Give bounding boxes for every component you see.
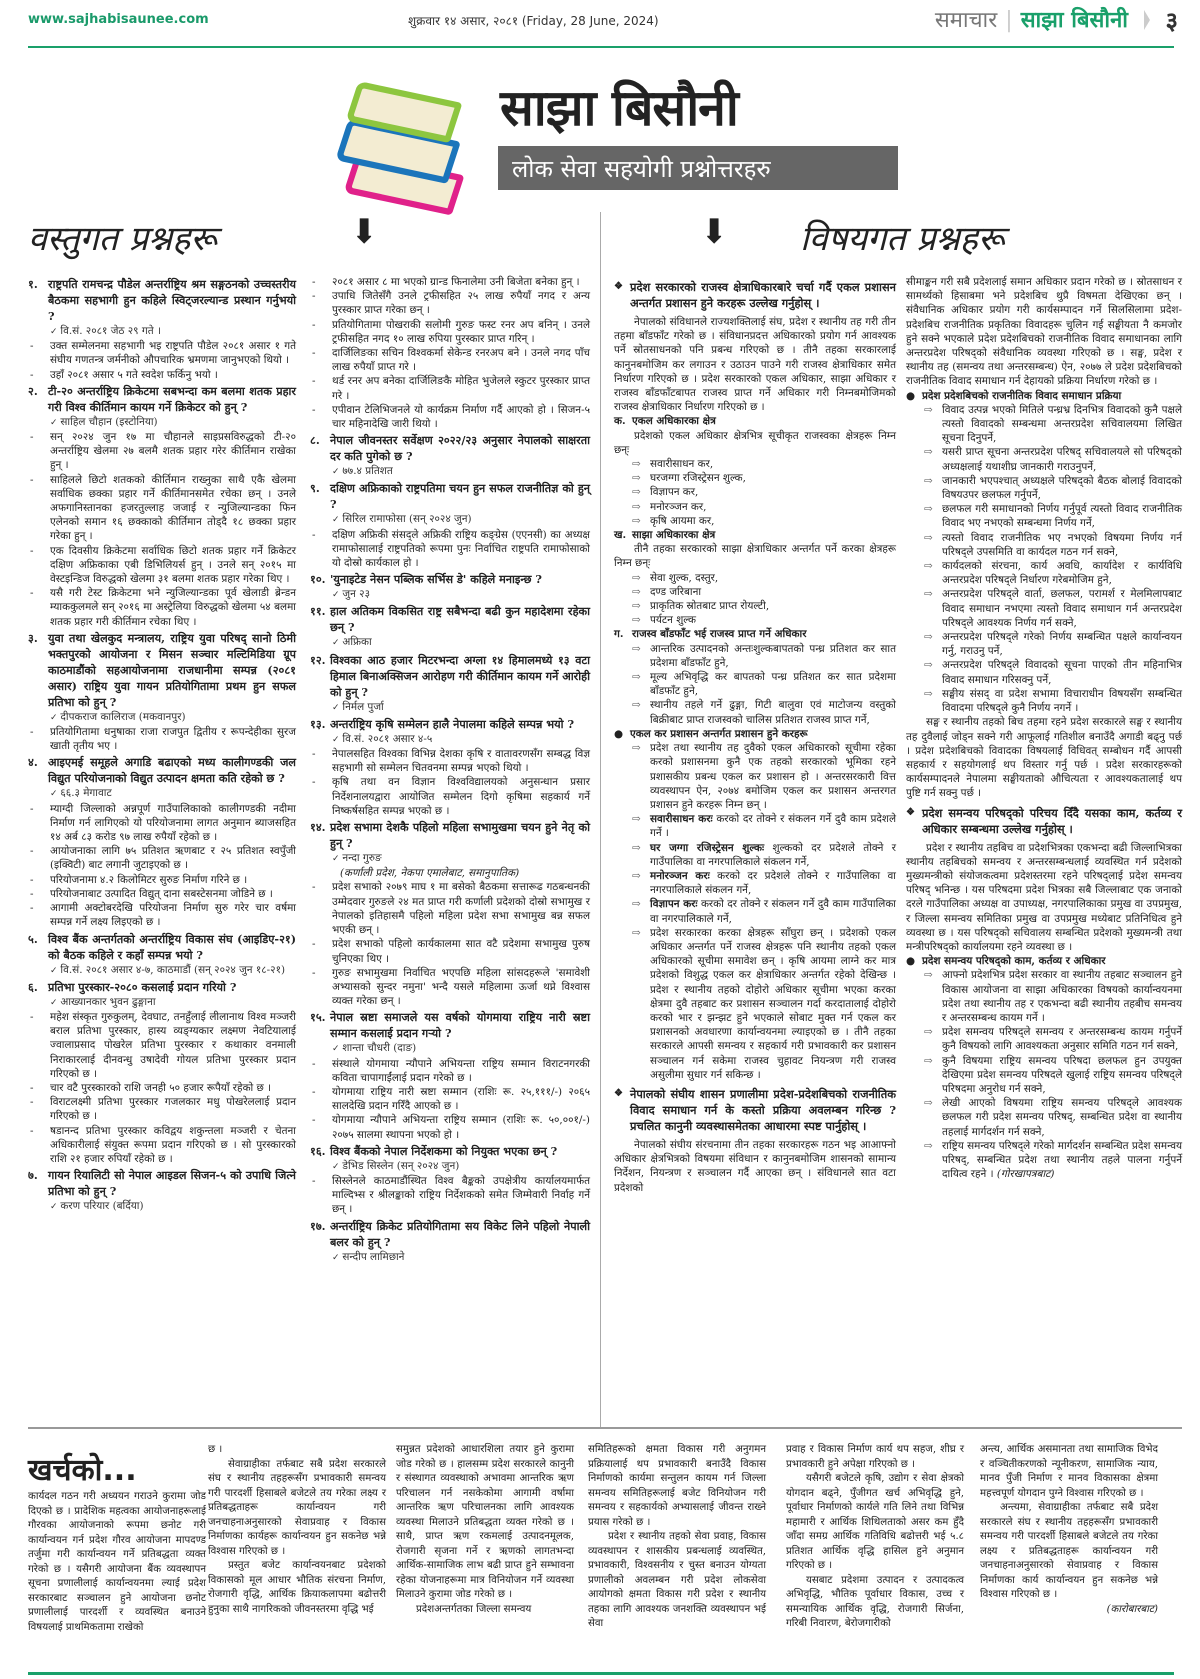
arrow-item-text: प्रदेश सरकारका करका क्षेत्रहरू साँघुरा छ…	[650, 926, 896, 1082]
answer: दीपकराज कालिराज (मकवानपुर)	[28, 710, 296, 725]
dash-icon: -	[28, 586, 50, 629]
arrow-item-text: स्थानीय तहले गर्ने ढुङ्गा, गिटी बालुवा ए…	[650, 698, 896, 726]
question-number: ५.	[28, 931, 48, 963]
question: ११.हाल अतिकम विकसित राष्ट्र सबैभन्दा बढी…	[310, 603, 590, 635]
paragraph: प्रदेशअन्तर्गतका जिल्ला समन्वय	[396, 1603, 574, 1618]
note-item: -दक्षिण अफ्रिकी संसद्ले अफ्रिकी राष्ट्रि…	[310, 528, 590, 571]
dash-icon: -	[310, 275, 332, 289]
note-item: -थर्ड रनर अप बनेका दार्जिलिङकै मोहित भुज…	[310, 374, 590, 402]
section-label: समाचार|साझा बिसौनी	[935, 4, 1128, 34]
subjective-question: ❖प्रदेश सरकारको राजस्व क्षेत्राधिकारबारे…	[614, 279, 896, 311]
arrow-icon: ⇨	[632, 457, 650, 471]
arrow-icon: ⇨	[632, 670, 650, 698]
note-text: सन् २०२४ जुन १७ मा चौहानले साइप्रसविरुद्…	[50, 430, 296, 473]
dash-icon: -	[28, 368, 50, 382]
column-divider	[600, 212, 601, 1427]
paragraph: प्रस्तुत बजेट कार्यान्वयनबाट प्रदेशको वि…	[208, 1559, 386, 1617]
arrow-item-text: लेखी आएको विषयमा राष्ट्रिय समन्वय परिषद्…	[942, 1096, 1182, 1139]
note-text: उपाधि जितेसँगै उनले ट्रफीसहित २५ लाख रुप…	[332, 289, 590, 317]
arrow-item: ⇨घर जग्गा रजिस्ट्रेसन शुल्कः शुल्कको दर …	[614, 841, 896, 869]
dash-icon: -	[28, 544, 50, 587]
note-item: -उहाँ २०८१ असार ५ गते स्वदेश फर्किनु भयो…	[28, 368, 296, 382]
note-text: उहाँ २०८१ असार ५ गते स्वदेश फर्किनु भयो …	[50, 368, 218, 382]
question-text: अन्तर्राष्ट्रिय क्रिकेट प्रतियोगितामा सय…	[330, 1218, 590, 1250]
note-item: -सन् २०२४ जुन १७ मा चौहानले साइप्रसविरुद…	[28, 430, 296, 473]
question: १०.'युनाइटेड नेसन पब्लिक सर्भिस डे' कहिल…	[310, 571, 590, 587]
subheading-text: राजस्व बाँडफाँट भई राजस्व प्राप्त गर्ने …	[632, 627, 806, 641]
arrow-item-text: सङ्घीय संसद् वा प्रदेश सभामा विचाराधीन व…	[942, 687, 1182, 715]
note-item: -महेश संस्कृत गुरुकुलम्, देवघाट, तनहुँला…	[28, 1010, 296, 1081]
note-item: -साहिलले छिटो शतकको कीर्तिमान राख्नुका स…	[28, 473, 296, 544]
subjective-column-2: सीमाङ्कन गरी सबै प्रदेशलाई समान अधिकार प…	[906, 275, 1182, 1181]
question: ३.युवा तथा खेलकुद मन्त्रालय, राष्ट्रिय य…	[28, 630, 296, 710]
item-label: सवारीसाधन करः	[650, 813, 713, 825]
paragraph: तीनै तहका सरकारको साझा क्षेत्राधिकार अन्…	[614, 542, 896, 570]
arrow-down-icon: ⬇	[700, 212, 729, 252]
arrow-item: ⇨विवाद उत्पन्न भएको मितिले पन्ध्रभ्र दिन…	[906, 403, 1182, 446]
arrow-icon: ⇨	[632, 571, 650, 585]
note-text: नेपालसहित विश्वका विभिन्न देशका कृषि र व…	[332, 747, 590, 775]
arrow-item-text: कार्यदलको संरचना, कार्य अवधि, कार्यादेश …	[942, 559, 1182, 587]
masthead-title: साझा बिसौनी	[500, 72, 738, 140]
question-number: २.	[28, 383, 48, 415]
note-text: संस्थाले योगमाया न्यौपाने अभियन्ता राष्ट…	[332, 1057, 590, 1085]
section-rule	[28, 1427, 1182, 1429]
arrow-item-text: मूल्य अभिवृद्धि कर बापतको पन्ध्र प्रतिशत…	[650, 670, 896, 698]
arrow-item-text: मनोरञ्जन कर,	[650, 500, 706, 514]
arrow-icon: ⇨	[924, 531, 942, 559]
note-item: -संस्थाले योगमाया न्यौपाने अभियन्ता राष्…	[310, 1057, 590, 1085]
section-category: समाचार	[935, 8, 997, 33]
question-number: ९.	[310, 480, 330, 512]
arrow-icon: ⇨	[924, 559, 942, 587]
question-text: दक्षिण अफ्रिकाको राष्ट्रपतिमा चयन हुन सफ…	[330, 480, 590, 512]
source-credit: (गोरखापत्रबाट)	[994, 1168, 1055, 1180]
note-text: विराटलक्ष्मी प्रतिभा पुरस्कार गजलकार मधु…	[50, 1095, 296, 1123]
arrow-item-text: दण्ड जरिबाना	[650, 585, 701, 599]
arrow-item-text: कुनै विषयमा राष्ट्रिय समन्वय परिषदा छलफल…	[942, 1054, 1182, 1097]
arrow-icon: ⇨	[632, 812, 650, 840]
question-number: १५.	[310, 1009, 330, 1041]
article-column: समितिहरूको क्षमता विकास गरी अनुगमन प्रक्…	[588, 1443, 766, 1632]
arrow-item-text: सेवा शुल्क, दस्तुर,	[650, 571, 718, 585]
answer: शान्ता चौधरी (दाङ)	[310, 1041, 590, 1056]
arrow-item: ⇨त्यस्तो विवाद राजनीतिक भए नभएको विषयमा …	[906, 531, 1182, 559]
bullet-heading: ●प्रदेश प्रदेशबिचको राजनीतिक विवाद समाधा…	[906, 389, 1182, 403]
dash-icon: -	[310, 1057, 332, 1085]
arrow-icon: ⇨	[632, 599, 650, 613]
note-text: म्याग्दी जिल्लाको अन्नपूर्ण गाउँपालिकाको…	[50, 802, 296, 845]
question: ७.गायन रियालिटी सो नेपाल आइडल सिजन-५ को …	[28, 1167, 296, 1199]
dash-icon: -	[310, 346, 332, 374]
article-column: अन्त्य, आर्थिक असमानता तथा सामाजिक विभेद…	[980, 1443, 1158, 1617]
dash-icon: -	[310, 747, 332, 775]
subjective-question: ❖नेपालको संघीय शासन प्रणालीमा प्रदेश-प्र…	[614, 1086, 896, 1134]
note-text: थर्ड रनर अप बनेका दार्जिलिङकै मोहित भुजे…	[332, 374, 590, 402]
note-text: योगमाया राष्ट्रिय नारी स्रष्टा सम्मान (र…	[332, 1085, 590, 1113]
arrow-item: ⇨प्रदेश समन्वय परिषद्ले समन्वय र अन्तरसम…	[906, 1025, 1182, 1053]
question-number: १.	[28, 276, 48, 324]
note-text: चार वटै पुरस्कारको राशि जनही ५० हजार रूप…	[50, 1081, 271, 1095]
arrow-item-text: आन्तरिक उत्पादनको अन्तःशुल्कबापतको पन्ध्…	[650, 642, 896, 670]
question: १५.नेपाल स्रष्टा समाजले यस वर्षको योगमाय…	[310, 1009, 590, 1041]
note-text: सिस्लेनले काठमाडौंस्थित विश्व बैङ्कको उप…	[332, 1174, 590, 1217]
objective-column-2: -२०८१ असार ८ मा भएको ग्रान्ड फिनालेमा उन…	[310, 275, 590, 1265]
dash-icon: -	[310, 318, 332, 346]
arrow-item-text: पर्यटन शुल्क	[650, 613, 696, 627]
note-text: योगमाया न्यौपाने अभियन्ता राष्ट्रिय सम्म…	[332, 1113, 590, 1141]
arrow-item: ⇨विज्ञापन कर,	[614, 485, 896, 499]
question-number: ७.	[28, 1167, 48, 1199]
question-text: नेपाल जीवनस्तर सर्वेक्षण २०२२/२३ अनुसार …	[330, 432, 590, 464]
subheading-text: साझा अधिकारका क्षेत्र	[632, 528, 715, 542]
answer: वि.सं. २०८१ जेठ २९ गते ।	[28, 324, 296, 339]
arrow-item-text: घरजग्गा रजिस्ट्रेसन शुल्क,	[650, 471, 746, 485]
objective-column-1: १.राष्ट्रपति रामचन्द्र पौडेल अन्तर्राष्ट…	[28, 275, 296, 1214]
arrow-icon: ⇨	[924, 502, 942, 530]
dash-icon: -	[310, 937, 332, 965]
dash-icon: -	[310, 374, 332, 402]
note-text: प्रदेश सभाको पहिलो कार्यकालमा सात वटै प्…	[332, 937, 590, 965]
paragraph: यसबाट प्रदेशमा उत्पादन र उत्पादकत्व अभिव…	[786, 1574, 964, 1632]
question: ५.विश्व बैंक अन्तर्गतको अन्तर्राष्ट्रिय …	[28, 931, 296, 963]
note-item: -परियोजनाबाट उत्पादित विद्युत् दाना सबस्…	[28, 887, 296, 901]
subheading: ख.साझा अधिकारका क्षेत्र	[614, 528, 896, 542]
arrow-item-text: सवारीसाधन कर,	[650, 457, 713, 471]
note-item: -योगमाया राष्ट्रिय नारी स्रष्टा सम्मान (…	[310, 1085, 590, 1113]
arrow-icon: ⇨	[924, 1054, 942, 1097]
arrow-icon: ⇨	[924, 658, 942, 686]
note-item: -दार्जिलिङका सचिन विश्वकर्मा सेकेन्ड रनर…	[310, 346, 590, 374]
dash-icon: -	[310, 1085, 332, 1113]
arrow-icon: ⇨	[924, 1096, 942, 1139]
note-text: २०८१ असार ८ मा भएको ग्रान्ड फिनालेमा उनी…	[332, 275, 580, 289]
dash-icon: -	[28, 887, 50, 901]
paragraph: प्रवाह र विकास निर्माण कार्य थप सहज, शीघ…	[786, 1443, 964, 1472]
note-text: महेश संस्कृत गुरुकुलम्, देवघाट, तनहुँलाई…	[50, 1010, 296, 1081]
note-item: -विराटलक्ष्मी प्रतिभा पुरस्कार गजलकार मध…	[28, 1095, 296, 1123]
question: १७.अन्तर्राष्ट्रिय क्रिकेट प्रतियोगितामा…	[310, 1218, 590, 1250]
arrow-item: ⇨विज्ञापन करः करको दर तोक्ने र संकलन गर्…	[614, 897, 896, 925]
question: १.राष्ट्रपति रामचन्द्र पौडेल अन्तर्राष्ट…	[28, 276, 296, 324]
arrow-item-text: मनोरञ्जन करः करको दर प्रदेशले तोक्ने र ग…	[650, 869, 896, 897]
arrow-item: ⇨सेवा शुल्क, दस्तुर,	[614, 571, 896, 585]
arrow-item-text: आफ्नो प्रदेशभित्र प्रदेश सरकार वा स्थानी…	[942, 968, 1182, 1025]
paragraph: सेवाग्राहीका तर्फबाट सबै प्रदेश सरकारले …	[208, 1458, 386, 1560]
note-item: -उक्त सम्मेलनमा सहभागी भइ राष्ट्रपति पौड…	[28, 339, 296, 367]
arrow-item: ⇨जानकारी भएपश्चात् अध्यक्षले परिषद्को बै…	[906, 474, 1182, 502]
question-number: ३.	[28, 630, 48, 710]
question-text: हाल अतिकम विकसित राष्ट्र सबैभन्दा बढी कु…	[330, 603, 590, 635]
question-text: प्रदेश समन्वय परिषद्को परिचय दिँदै यसका …	[922, 805, 1182, 837]
question-text: विश्व बैंक अन्तर्गतको अन्तर्राष्ट्रिय वि…	[48, 931, 296, 963]
note-text: परियोजनामा ४.२ किलोमिटर सुरुङ निर्माण गर…	[50, 873, 247, 887]
dash-icon: -	[28, 725, 50, 753]
diamond-bullet-icon: ❖	[906, 805, 922, 837]
source-credit: (कारोबारबाट)	[980, 1603, 1158, 1618]
arrow-item-text: सवारीसाधन करः करको दर तोक्ने र संकलन गर्…	[650, 812, 896, 840]
arrow-item-text: त्यस्तो विवाद राजनीतिक भए नभएको विषयमा न…	[942, 531, 1182, 559]
dash-icon: -	[28, 1081, 50, 1095]
paragraph: नेपालको संविधानले राज्यशक्तिलाई संघ, प्र…	[614, 315, 896, 414]
note-text: प्रतियोगितामा धनुषाका राजा राजपुत द्विती…	[50, 725, 296, 753]
dash-icon: -	[310, 966, 332, 1009]
arrow-item: ⇨कार्यदलको संरचना, कार्य अवधि, कार्यादेश…	[906, 559, 1182, 587]
arrow-item-text: राष्ट्रिय समन्वय परिषद्ले गरेको मार्गदर्…	[942, 1139, 1182, 1182]
arrow-icon: ⇨	[632, 471, 650, 485]
paragraph: समुन्नत प्रदेशको आधारशिला तयार हुने कुरा…	[396, 1443, 574, 1603]
note-text: आयोजनाका लागि ७५ प्रतिशत ऋणबाट र २५ प्रत…	[50, 844, 296, 872]
arrow-icon: ⇨	[632, 869, 650, 897]
question-text: प्रदेश सभामा देशकै पहिलो महिला सभामुखमा …	[330, 819, 590, 851]
note-item: -कृषि तथा वन विज्ञान विश्वविद्यालयको अनु…	[310, 775, 590, 818]
arrow-icon: ⇨	[632, 741, 650, 812]
paragraph: नेपालको संघीय संरचनामा तीन तहका सरकारहरू…	[614, 1138, 896, 1195]
dash-icon: -	[310, 403, 332, 431]
dash-icon: -	[28, 844, 50, 872]
dash-icon: -	[28, 339, 50, 367]
arrow-item: ⇨छलफल गरी समाधानको निर्णय गर्नुपूर्व त्य…	[906, 502, 1182, 530]
arrow-icon: ⇨	[632, 841, 650, 869]
arrow-item: ⇨आफ्नो प्रदेशभित्र प्रदेश सरकार वा स्थान…	[906, 968, 1182, 1025]
dash-icon: -	[310, 1174, 332, 1217]
dash-icon: -	[28, 473, 50, 544]
question-number: १४.	[310, 819, 330, 851]
masthead-subtitle: लोक सेवा सहयोगी प्रश्नोत्तरहरु	[498, 146, 898, 190]
arrow-item: ⇨सवारीसाधन कर,	[614, 457, 896, 471]
bullet-icon: ●	[614, 727, 630, 741]
paragraph: समितिहरूको क्षमता विकास गरी अनुगमन प्रक्…	[588, 1443, 766, 1530]
note-item: -षडानन्द प्रतिभा पुरस्कार कविद्वय शकुन्त…	[28, 1124, 296, 1167]
website-url[interactable]: www.sajhabisaunee.com	[28, 12, 209, 27]
arrow-icon: ⇨	[632, 926, 650, 1082]
bullet-heading-text: प्रदेश समन्वय परिषद्को काम, कर्तव्य र अध…	[922, 954, 1106, 968]
arrow-item: ⇨यसरी प्राप्त सूचना अन्तरप्रदेश परिषद् स…	[906, 445, 1182, 473]
arrow-icon: ⇨	[632, 698, 650, 726]
question: २.टी-२० अन्तर्राष्ट्रिय क्रिकेटमा सबभन्द…	[28, 383, 296, 415]
arrow-icon: ⇨	[924, 1025, 942, 1053]
note-item: -परियोजनामा ४.२ किलोमिटर सुरुङ निर्माण ग…	[28, 873, 296, 887]
arrow-item: ⇨प्रदेश तथा स्थानीय तह दुवैको एकल अधिकार…	[614, 741, 896, 812]
note-item: -आयोजनाका लागि ७५ प्रतिशत ऋणबाट र २५ प्र…	[28, 844, 296, 872]
subheading-label: ग.	[614, 627, 632, 641]
arrow-item: ⇨मनोरञ्जन करः करको दर प्रदेशले तोक्ने र …	[614, 869, 896, 897]
diamond-bullet-icon: ❖	[614, 1086, 630, 1134]
question-number: १२.	[310, 652, 330, 700]
masthead: साझा बिसौनी लोक सेवा सहयोगी प्रश्नोत्तरह…	[320, 72, 920, 212]
answer: नन्दा गुरुङ	[310, 851, 590, 866]
arrow-item: ⇨प्राकृतिक स्रोतबाट प्राप्त रोयल्टी,	[614, 599, 896, 613]
arrow-down-icon: ⬇	[350, 212, 379, 252]
paragraph: यसैगरी बजेटले कृषि, उद्योग र सेवा क्षेत्…	[786, 1472, 964, 1574]
arrow-item: ⇨कृषि आयमा कर,	[614, 514, 896, 528]
dash-icon: -	[310, 528, 332, 571]
arrow-item-text: कृषि आयमा कर,	[650, 514, 714, 528]
question-number: ४.	[28, 754, 48, 786]
arrow-icon: ⇨	[924, 630, 942, 658]
article-column: प्रवाह र विकास निर्माण कार्य थप सहज, शीघ…	[786, 1443, 964, 1632]
paragraph: सङ्घ र स्थानीय तहको बिच तहमा रहने प्रदेश…	[906, 715, 1182, 800]
arrow-icon: ⇨	[632, 514, 650, 528]
question-text: टी-२० अन्तर्राष्ट्रिय क्रिकेटमा सबभन्दा …	[48, 383, 296, 415]
question-text: प्रतिभा पुरस्कार-२०८० कसलाई प्रदान गरियो…	[48, 979, 236, 995]
question-text: प्रदेश सरकारको राजस्व क्षेत्राधिकारबारे …	[630, 279, 896, 311]
note-text: दक्षिण अफ्रिकी संसद्ले अफ्रिकी राष्ट्रिय…	[332, 528, 590, 571]
article-column: कार्यदल गठन गरी अध्ययन गराउने कुरामा जोड…	[28, 1490, 206, 1635]
subheading: ग.राजस्व बाँडफाँट भई राजस्व प्राप्त गर्न…	[614, 627, 896, 641]
note-item: -प्रतियोगितामा धनुषाका राजा राजपुत द्वित…	[28, 725, 296, 753]
subheading-label: ख.	[614, 528, 632, 542]
dash-icon: -	[28, 1010, 50, 1081]
arrow-item: ⇨सवारीसाधन करः करको दर तोक्ने र संकलन गर…	[614, 812, 896, 840]
answer: डेभिड सिस्लेन (सन् २०२४ जुन)	[310, 1159, 590, 1174]
arrow-item-text: अन्तरप्रदेश परिषद्ले गरेको निर्णय सम्बन्…	[942, 630, 1182, 658]
answer: वि.सं. २०८१ असार ४-५	[310, 732, 590, 747]
arrow-icon: ⇨	[924, 968, 942, 1025]
question: ४.आइएमई समूहले अगाडि बढाएको मध्य कालीगण्…	[28, 754, 296, 786]
arrow-icon: ⇨	[632, 500, 650, 514]
note-item: -चार वटै पुरस्कारको राशि जनही ५० हजार रू…	[28, 1081, 296, 1095]
note-text: उक्त सम्मेलनमा सहभागी भइ राष्ट्रपति पौडे…	[50, 339, 296, 367]
question-number: ८.	[310, 432, 330, 464]
bullet-icon: ●	[906, 389, 922, 403]
arrow-item: ⇨मूल्य अभिवृद्धि कर बापतको पन्ध्र प्रतिश…	[614, 670, 896, 698]
note-text: आगामी अक्टोबरदेखि परियोजना निर्माण सुरु …	[50, 901, 296, 929]
subjective-heading: विषयगत प्रश्नहरू	[800, 214, 1004, 260]
dash-icon: -	[310, 880, 332, 937]
note-text: दार्जिलिङका सचिन विश्वकर्मा सेकेन्ड रनरअ…	[332, 346, 590, 374]
bullet-heading-text: एकल कर प्रशासन अन्तर्गत प्रशासन हुने करह…	[630, 727, 808, 741]
arrow-item: ⇨अन्तरप्रदेश परिषद्ले विवादको सूचना पाएक…	[906, 658, 1182, 686]
note-text: परियोजनाबाट उत्पादित विद्युत् दाना सबस्ट…	[50, 887, 273, 901]
arrow-icon: ⇨	[924, 687, 942, 715]
answer: अफ्रिका	[310, 635, 590, 650]
issue-date: शुक्रवार १४ असार, २०८१ (Friday, 28 June,…	[408, 12, 659, 29]
question-text: आइएमई समूहले अगाडि बढाएको मध्य कालीगण्डक…	[48, 754, 296, 786]
arrow-item: ⇨अन्तरप्रदेश परिषद्ले वार्ता, छलफल, पराम…	[906, 587, 1182, 630]
arrow-icon: ⇨	[924, 587, 942, 630]
note-item: -आगामी अक्टोबरदेखि परियोजना निर्माण सुरु…	[28, 901, 296, 929]
arrow-item: ⇨मनोरञ्जन कर,	[614, 500, 896, 514]
question-text: अन्तर्राष्ट्रिय कृषि सम्मेलन हालै नेपालम…	[330, 716, 574, 732]
note-item: -गुरुङ सभामुखमा निर्वाचित भएपछि महिला सा…	[310, 966, 590, 1009]
arrow-icon: ⇨	[632, 897, 650, 925]
arrow-icon: ⇨	[924, 1139, 942, 1182]
question-text: नेपालको संघीय शासन प्रणालीमा प्रदेश-प्रद…	[630, 1086, 896, 1134]
note-item: -एपीवान टेलिभिजनले यो कार्यक्रम निर्माण …	[310, 403, 590, 431]
arrow-item: ⇨कुनै विषयमा राष्ट्रिय समन्वय परिषदा छलफ…	[906, 1054, 1182, 1097]
arrow-item-text: यसरी प्राप्त सूचना अन्तरप्रदेश परिषद् सच…	[942, 445, 1182, 473]
arrow-item-text: प्रदेश तथा स्थानीय तह दुवैको एकल अधिकारक…	[650, 741, 896, 812]
footer-rule	[28, 1672, 1174, 1675]
arrow-item-text: अन्तरप्रदेश परिषद्ले वार्ता, छलफल, परामर…	[942, 587, 1182, 630]
note-item: -नेपालसहित विश्वका विभिन्न देशका कृषि र …	[310, 747, 590, 775]
paragraph: छ ।	[208, 1443, 386, 1458]
dash-icon: -	[310, 775, 332, 818]
paragraph: कार्यदल गठन गरी अध्ययन गराउने कुरामा जोड…	[28, 1490, 206, 1635]
question-text: नेपाल स्रष्टा समाजले यस वर्षको योगमाया र…	[330, 1009, 590, 1041]
dash-icon: -	[28, 1095, 50, 1123]
question-text: 'युनाइटेड नेसन पब्लिक सर्भिस डे' कहिले म…	[330, 571, 542, 587]
answer: आख्यानकार भुवन ढुङ्गाना	[28, 995, 296, 1010]
note-text: एक दिवसीय क्रिकेटमा सर्वाधिक छिटो शतक प्…	[50, 544, 296, 587]
article-column: छ ।सेवाग्राहीका तर्फबाट सबै प्रदेश सरकार…	[208, 1443, 386, 1617]
note-text: षडानन्द प्रतिभा पुरस्कार कविद्वय शकुन्तल…	[50, 1124, 296, 1167]
question: १२.विश्वका आठ हजार मिटरभन्दा अग्ला १४ हि…	[310, 652, 590, 700]
arrow-icon: ⇨	[924, 403, 942, 446]
question-text: विश्व बैंकको नेपाल निर्देशकमा को नियुक्त…	[330, 1143, 557, 1159]
arrow-item: ⇨घरजग्गा रजिस्ट्रेसन शुल्क,	[614, 471, 896, 485]
answer: जुन २३	[310, 587, 590, 602]
answer: निर्मल पुर्जा	[310, 700, 590, 715]
answer-note: (कर्णाली प्रदेश, नेकपा एमालेबाट, समानुपा…	[310, 866, 590, 880]
arrow-item: ⇨स्थानीय तहले गर्ने ढुङ्गा, गिटी बालुवा …	[614, 698, 896, 726]
diamond-bullet-icon: ❖	[614, 279, 630, 311]
paragraph: अन्त्य, आर्थिक असमानता तथा सामाजिक विभेद…	[980, 1443, 1158, 1501]
bullet-heading-text: प्रदेश प्रदेशबिचको राजनीतिक विवाद समाधान…	[922, 389, 1121, 403]
answer: करण परियार (बर्दिया)	[28, 1199, 296, 1214]
arrow-icon: ⇨	[632, 613, 650, 627]
note-item: -यसै गरी टेस्ट क्रिकेटमा भने न्युजिल्यान…	[28, 586, 296, 629]
continued-heading: खर्चको...	[28, 1448, 137, 1489]
question: १४.प्रदेश सभामा देशकै पहिलो महिला सभामुख…	[310, 819, 590, 851]
note-item: -प्रदेश सभाको पहिलो कार्यकालमा सात वटै प…	[310, 937, 590, 965]
question: ९.दक्षिण अफ्रिकाको राष्ट्रपतिमा चयन हुन …	[310, 480, 590, 512]
arrow-item-text: जानकारी भएपश्चात् अध्यक्षले परिषद्को बैठ…	[942, 474, 1182, 502]
note-text: कृषि तथा वन विज्ञान विश्वविद्यालयको अनुस…	[332, 775, 590, 818]
question-text: विश्वका आठ हजार मिटरभन्दा अग्ला १४ हिमाल…	[330, 652, 590, 700]
question-text: युवा तथा खेलकुद मन्त्रालय, राष्ट्रिय युव…	[48, 630, 296, 710]
arrow-item-text: विवाद उत्पन्न भएको मितिले पन्ध्रभ्र दिनभ…	[942, 403, 1182, 446]
note-text: प्रदेश सभाको २०७९ माघ १ मा बसेको बैठकमा …	[332, 880, 590, 937]
note-item: -उपाधि जितेसँगै उनले ट्रफीसहित २५ लाख रु…	[310, 289, 590, 317]
arrow-icon: ⇨	[632, 642, 650, 670]
answer: वि.सं. २०८१ असार ४-७, काठमाडौं (सन् २०२४…	[28, 963, 296, 978]
bullet-heading: ●एकल कर प्रशासन अन्तर्गत प्रशासन हुने कर…	[614, 727, 896, 741]
objective-heading: वस्तुगत प्रश्नहरू	[28, 214, 217, 260]
section-name: साझा बिसौनी	[1021, 8, 1128, 33]
question: ८.नेपाल जीवनस्तर सर्वेक्षण २०२२/२३ अनुसा…	[310, 432, 590, 464]
note-item: -प्रतियोगितामा पोखराकी सलोमी गुरुङ फस्ट …	[310, 318, 590, 346]
arrow-item-text: अन्तरप्रदेश परिषद्ले विवादको सूचना पाएको…	[942, 658, 1182, 686]
arrow-item-text: विज्ञापन कर,	[650, 485, 698, 499]
books-icon	[320, 72, 490, 212]
page-header: www.sajhabisaunee.com शुक्रवार १४ असार, …	[0, 0, 1200, 48]
dash-icon: -	[28, 1124, 50, 1167]
arrow-item: ⇨राष्ट्रिय समन्वय परिषद्ले गरेको मार्गदर…	[906, 1139, 1182, 1182]
arrow-item: ⇨दण्ड जरिबाना	[614, 585, 896, 599]
subheading-label: क.	[614, 414, 632, 428]
note-text: साहिलले छिटो शतकको कीर्तिमान राख्नुका सा…	[50, 473, 296, 544]
note-item: -२०८१ असार ८ मा भएको ग्रान्ड फिनालेमा उन…	[310, 275, 590, 289]
answer: साहिल चौहान (इस्टोनिया)	[28, 415, 296, 430]
question-text: राष्ट्रपति रामचन्द्र पौडेल अन्तर्राष्ट्र…	[48, 276, 296, 324]
paragraph: प्रदेश र स्थानीय तहको सेवा प्रवाह, विकास…	[588, 1530, 766, 1632]
page-number: ३	[1166, 4, 1178, 37]
paragraph: अन्त्यमा, सेवाग्राहीका तर्फबाट सबै प्रदे…	[980, 1501, 1158, 1603]
bullet-icon: ●	[906, 954, 922, 968]
note-item: -म्याग्दी जिल्लाको अन्नपूर्ण गाउँपालिकाक…	[28, 802, 296, 845]
note-text: यसै गरी टेस्ट क्रिकेटमा भने न्युजिल्यान्…	[50, 586, 296, 629]
question-number: १०.	[310, 571, 330, 587]
question-number: १७.	[310, 1218, 330, 1250]
item-label: विज्ञापन करः	[650, 898, 698, 910]
question: १३.अन्तर्राष्ट्रिय कृषि सम्मेलन हालै नेप…	[310, 716, 590, 732]
question: ६.प्रतिभा पुरस्कार-२०८० कसलाई प्रदान गरि…	[28, 979, 296, 995]
note-text: प्रतियोगितामा पोखराकी सलोमी गुरुङ फस्ट र…	[332, 318, 590, 346]
arrow-item-text: विज्ञापन करः करको दर तोक्ने र संकलन गर्न…	[650, 897, 896, 925]
subjective-column-1: ❖प्रदेश सरकारको राजस्व क्षेत्राधिकारबारे…	[614, 275, 896, 1195]
